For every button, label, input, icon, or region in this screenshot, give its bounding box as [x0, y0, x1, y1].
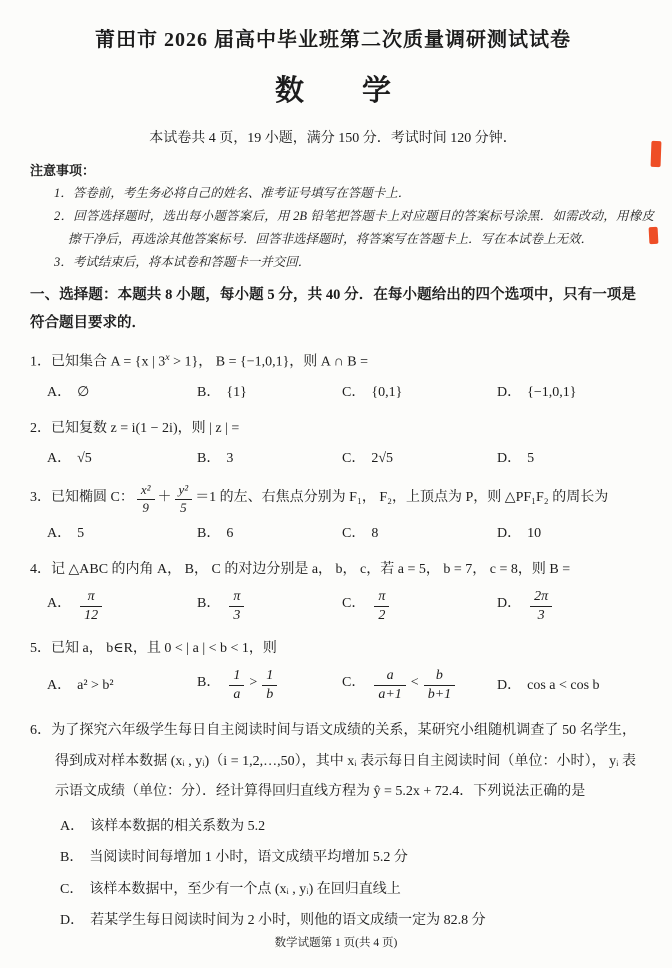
option-b: B．当阅读时间每增加 1 小时，语文成绩平均增加 5.2 分: [60, 842, 636, 874]
page-title: 莆田市 2026 届高中毕业班第二次质量调研测试试卷: [30, 24, 636, 56]
question-5-stem: 5．已知 a， b∈R，且 0 < | a | < b < 1，则: [30, 637, 636, 661]
notice-heading: 注意事项：: [30, 161, 654, 182]
question-1-stem: 1．已知集合 A = {x | 3x > 1}， B = {−1,0,1}，则 …: [30, 350, 636, 374]
option-c: C．8: [342, 523, 497, 545]
scanned-exam-page: { "header": { "title": "莆田市 2026 届高中毕业班第…: [0, 0, 672, 968]
question-1-options: A．∅ B．{1} C．{0,1} D．{−1,0,1}: [30, 382, 636, 404]
question-5-options: A．a² > b² B．1a>1b C．aa+1<bb+1 D．cos a < …: [30, 668, 636, 703]
question-number: 3．: [30, 490, 51, 505]
option-d: D．10: [497, 523, 636, 545]
question-6-options: A．该样本数据的相关系数为 5.2 B．当阅读时间每增加 1 小时，语文成绩平均…: [60, 811, 636, 937]
notice-item-3: 3．考试结束后，将本试卷和答题卡一并交回．: [30, 251, 654, 274]
question-number: 1．: [30, 355, 51, 370]
option-a: A．√5: [47, 448, 197, 470]
subam-subject-title: 数 学: [30, 68, 636, 114]
fraction: 1a: [229, 668, 244, 703]
fraction: aa+1: [374, 668, 405, 703]
question-1: 1．已知集合 A = {x | 3x > 1}， B = {−1,0,1}，则 …: [30, 350, 636, 404]
option-c: C．aa+1<bb+1: [342, 668, 497, 703]
fraction: π2: [374, 589, 389, 624]
question-4-stem: 4．记 △ABC 的内角 A， B， C 的对边分别是 a， b， c，若 a …: [30, 558, 636, 582]
option-b: B．3: [197, 448, 342, 470]
exam-info: 本试卷共 4 页，19 小题，满分 150 分．考试时间 120 分钟．: [30, 128, 636, 150]
question-3-options: A．5 B．6 C．8 D．10: [30, 523, 636, 545]
question-2: 2．已知复数 z = i(1 − 2i)，则 | z | = A．√5 B．3 …: [30, 417, 636, 470]
red-edge-mark: [649, 227, 659, 244]
fraction: π12: [80, 589, 102, 624]
question-6-stem: 6．为了探究六年级学生每日自主阅读时间与语文成绩的关系，某研究小组随机调查了 5…: [30, 716, 636, 806]
question-6: 6．为了探究六年级学生每日自主阅读时间与语文成绩的关系，某研究小组随机调查了 5…: [30, 716, 636, 936]
question-2-stem: 2．已知复数 z = i(1 − 2i)，则 | z | =: [30, 417, 636, 441]
question-number: 6．: [30, 723, 51, 738]
option-d: D．5: [497, 448, 636, 470]
question-4-options: A．π12 B．π3 C．π2 D．2π3: [30, 589, 636, 624]
option-d: D．cos a < cos b: [497, 675, 636, 697]
notice-section: 注意事项： 1．答卷前，考生务必将自己的姓名、准考证号填写在答题卡上． 2．回答…: [30, 161, 654, 274]
option-c: C．{0,1}: [342, 382, 497, 404]
fraction: x²9: [137, 483, 155, 516]
option-b: B．6: [197, 523, 342, 545]
question-number: 5．: [30, 641, 51, 656]
question-2-options: A．√5 B．3 C．2√5 D．5: [30, 448, 636, 470]
notice-item-2: 2．回答选择题时，选出每小题答案后，用 2B 铅笔把答题卡上对应题目的答案标号涂…: [30, 205, 654, 251]
fraction: 2π3: [530, 589, 552, 624]
option-d: D．若某学生每日阅读时间为 2 小时，则他的语文成绩一定为 82.8 分: [60, 905, 636, 937]
question-number: 2．: [30, 421, 51, 436]
relation-sign: <: [411, 675, 419, 690]
option-d: D．2π3: [497, 589, 636, 624]
option-c: C．π2: [342, 589, 497, 624]
question-number: 4．: [30, 562, 51, 577]
footer-page-number: 数学试题第 1 页(共 4 页): [0, 934, 672, 952]
option-a: A．∅: [47, 382, 197, 404]
option-a: A．5: [47, 523, 197, 545]
option-d: D．{−1,0,1}: [497, 382, 636, 404]
question-3-stem: 3．已知椭圆 C：x²9＋y²5＝1 的左、右焦点分别为 F₁， F₂，上顶点为…: [30, 483, 636, 516]
exam-paper: 莆田市 2026 届高中毕业班第二次质量调研测试试卷 数 学 本试卷共 4 页，…: [0, 0, 672, 937]
fraction: y²5: [175, 483, 193, 516]
option-b: B．{1}: [197, 382, 342, 404]
fraction: bb+1: [424, 668, 455, 703]
relation-sign: >: [249, 675, 257, 690]
option-a: A．π12: [47, 589, 197, 624]
question-3: 3．已知椭圆 C：x²9＋y²5＝1 的左、右焦点分别为 F₁， F₂，上顶点为…: [30, 483, 636, 545]
option-a: A．a² > b²: [47, 675, 197, 697]
fraction: 1b: [262, 668, 277, 703]
option-a: A．该样本数据的相关系数为 5.2: [60, 811, 636, 843]
option-c: C．2√5: [342, 448, 497, 470]
option-b: B．π3: [197, 589, 342, 624]
fraction: π3: [229, 589, 244, 624]
red-edge-mark: [651, 141, 662, 167]
question-4: 4．记 △ABC 的内角 A， B， C 的对边分别是 a， b， c，若 a …: [30, 558, 636, 624]
option-c: C．该样本数据中，至少有一个点 (xᵢ , yᵢ) 在回归直线上: [60, 874, 636, 906]
option-b: B．1a>1b: [197, 668, 342, 703]
question-5: 5．已知 a， b∈R，且 0 < | a | < b < 1，则 A．a² >…: [30, 637, 636, 703]
section-heading: 一、选择题：本题共 8 小题，每小题 5 分，共 40 分．在每小题给出的四个选…: [30, 282, 636, 337]
notice-item-1: 1．答卷前，考生务必将自己的姓名、准考证号填写在答题卡上．: [30, 182, 654, 205]
